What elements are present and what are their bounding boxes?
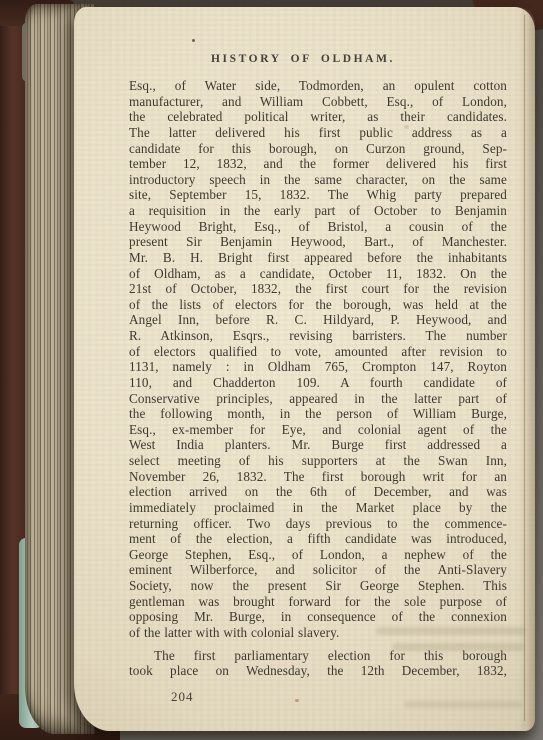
text-line: tember 12, 1832, and the former delivere… — [129, 156, 507, 172]
text-line: eminent Wilberforce, and solicitor of th… — [129, 562, 507, 578]
text-line: November 26, 1832. The first borough wri… — [129, 469, 507, 485]
text-line: immediately proclaimed in the Market pla… — [129, 500, 507, 516]
text-line: The first parliamentary election for thi… — [129, 648, 507, 664]
text-line: of the lists of electors for the borough… — [129, 297, 507, 313]
paragraph-continuation: Esq., of Water side, Todmorden, an opule… — [129, 78, 507, 641]
text-line: opposing Mr. Burge, in consequence of th… — [129, 609, 507, 625]
text-line: Conservative principles, appeared in the… — [129, 391, 507, 407]
gutter-crease — [524, 15, 525, 721]
text-line: of the latter with with colonial slavery… — [129, 625, 507, 641]
text-line: Angel Inn, before R. C. Hildyard, P. Hey… — [129, 312, 507, 328]
text-line: Mr. B. H. Bright first appeared before t… — [129, 250, 507, 266]
text-line: West India planters. Mr. Burge first add… — [129, 437, 507, 453]
text-line: introductory speech in the same characte… — [129, 172, 507, 188]
text-line: Heywood Bright, Esq., of Bristol, a cous… — [129, 219, 507, 235]
text-line: of electors qualified to vote, amounted … — [129, 344, 507, 360]
foxing-speck — [295, 699, 299, 702]
text-line: manufacturer, and William Cobbett, Esq.,… — [129, 94, 507, 110]
ink-speck — [192, 39, 195, 42]
text-line: gentleman was brought forward for the so… — [129, 594, 507, 610]
text-line: 21st of October, 1832, the first court f… — [129, 281, 507, 297]
text-line: R. Atkinson, Esqrs., revising barristers… — [129, 328, 507, 344]
text-line: Society, now the present Sir George Step… — [129, 578, 507, 594]
text-line: The latter delivered his first public ad… — [129, 125, 507, 141]
page-number: 204 — [171, 689, 194, 705]
body-text: Esq., of Water side, Todmorden, an opule… — [129, 78, 507, 679]
text-line: returning officer. Two days previous to … — [129, 516, 507, 532]
book-page: HISTORY OF OLDHAM. Esq., of Water side, … — [74, 7, 535, 731]
text-line: the following month, in the person of Wi… — [129, 406, 507, 422]
text-line: a requisition in the early part of Octob… — [129, 203, 507, 219]
text-line: George Stephen, Esq., of London, a nephe… — [129, 547, 507, 563]
running-header: HISTORY OF OLDHAM. — [114, 53, 492, 65]
text-line: select meeting of his supporters at the … — [129, 453, 507, 469]
text-line: present Sir Benjamin Heywood, Bart., of … — [129, 234, 507, 250]
text-line: took place on Wednesday, the 12th Decemb… — [129, 663, 507, 679]
text-line: Esq., of Water side, Todmorden, an opule… — [129, 78, 507, 94]
text-line: 1131, namely : in Oldham 765, Crompton 1… — [129, 359, 507, 375]
bleedthrough-smudge — [404, 701, 522, 708]
text-line: the celebrated political writer, as thei… — [129, 109, 507, 125]
text-line: election arrived on the 6th of December,… — [129, 484, 507, 500]
text-line: of Oldham, as a candidate, October 11, 1… — [129, 266, 507, 282]
paragraph-new: The first parliamentary election for thi… — [129, 648, 507, 679]
text-line: site, September 15, 1832. The Whig party… — [129, 187, 507, 203]
text-line: ment of the election, a fifth candidate … — [129, 531, 507, 547]
text-line: Esq., ex-member for Eye, and colonial ag… — [129, 422, 507, 438]
text-line: candidate for this borough, on Curzon gr… — [129, 141, 507, 157]
text-line: 110, and Chadderton 109. A fourth candid… — [129, 375, 507, 391]
